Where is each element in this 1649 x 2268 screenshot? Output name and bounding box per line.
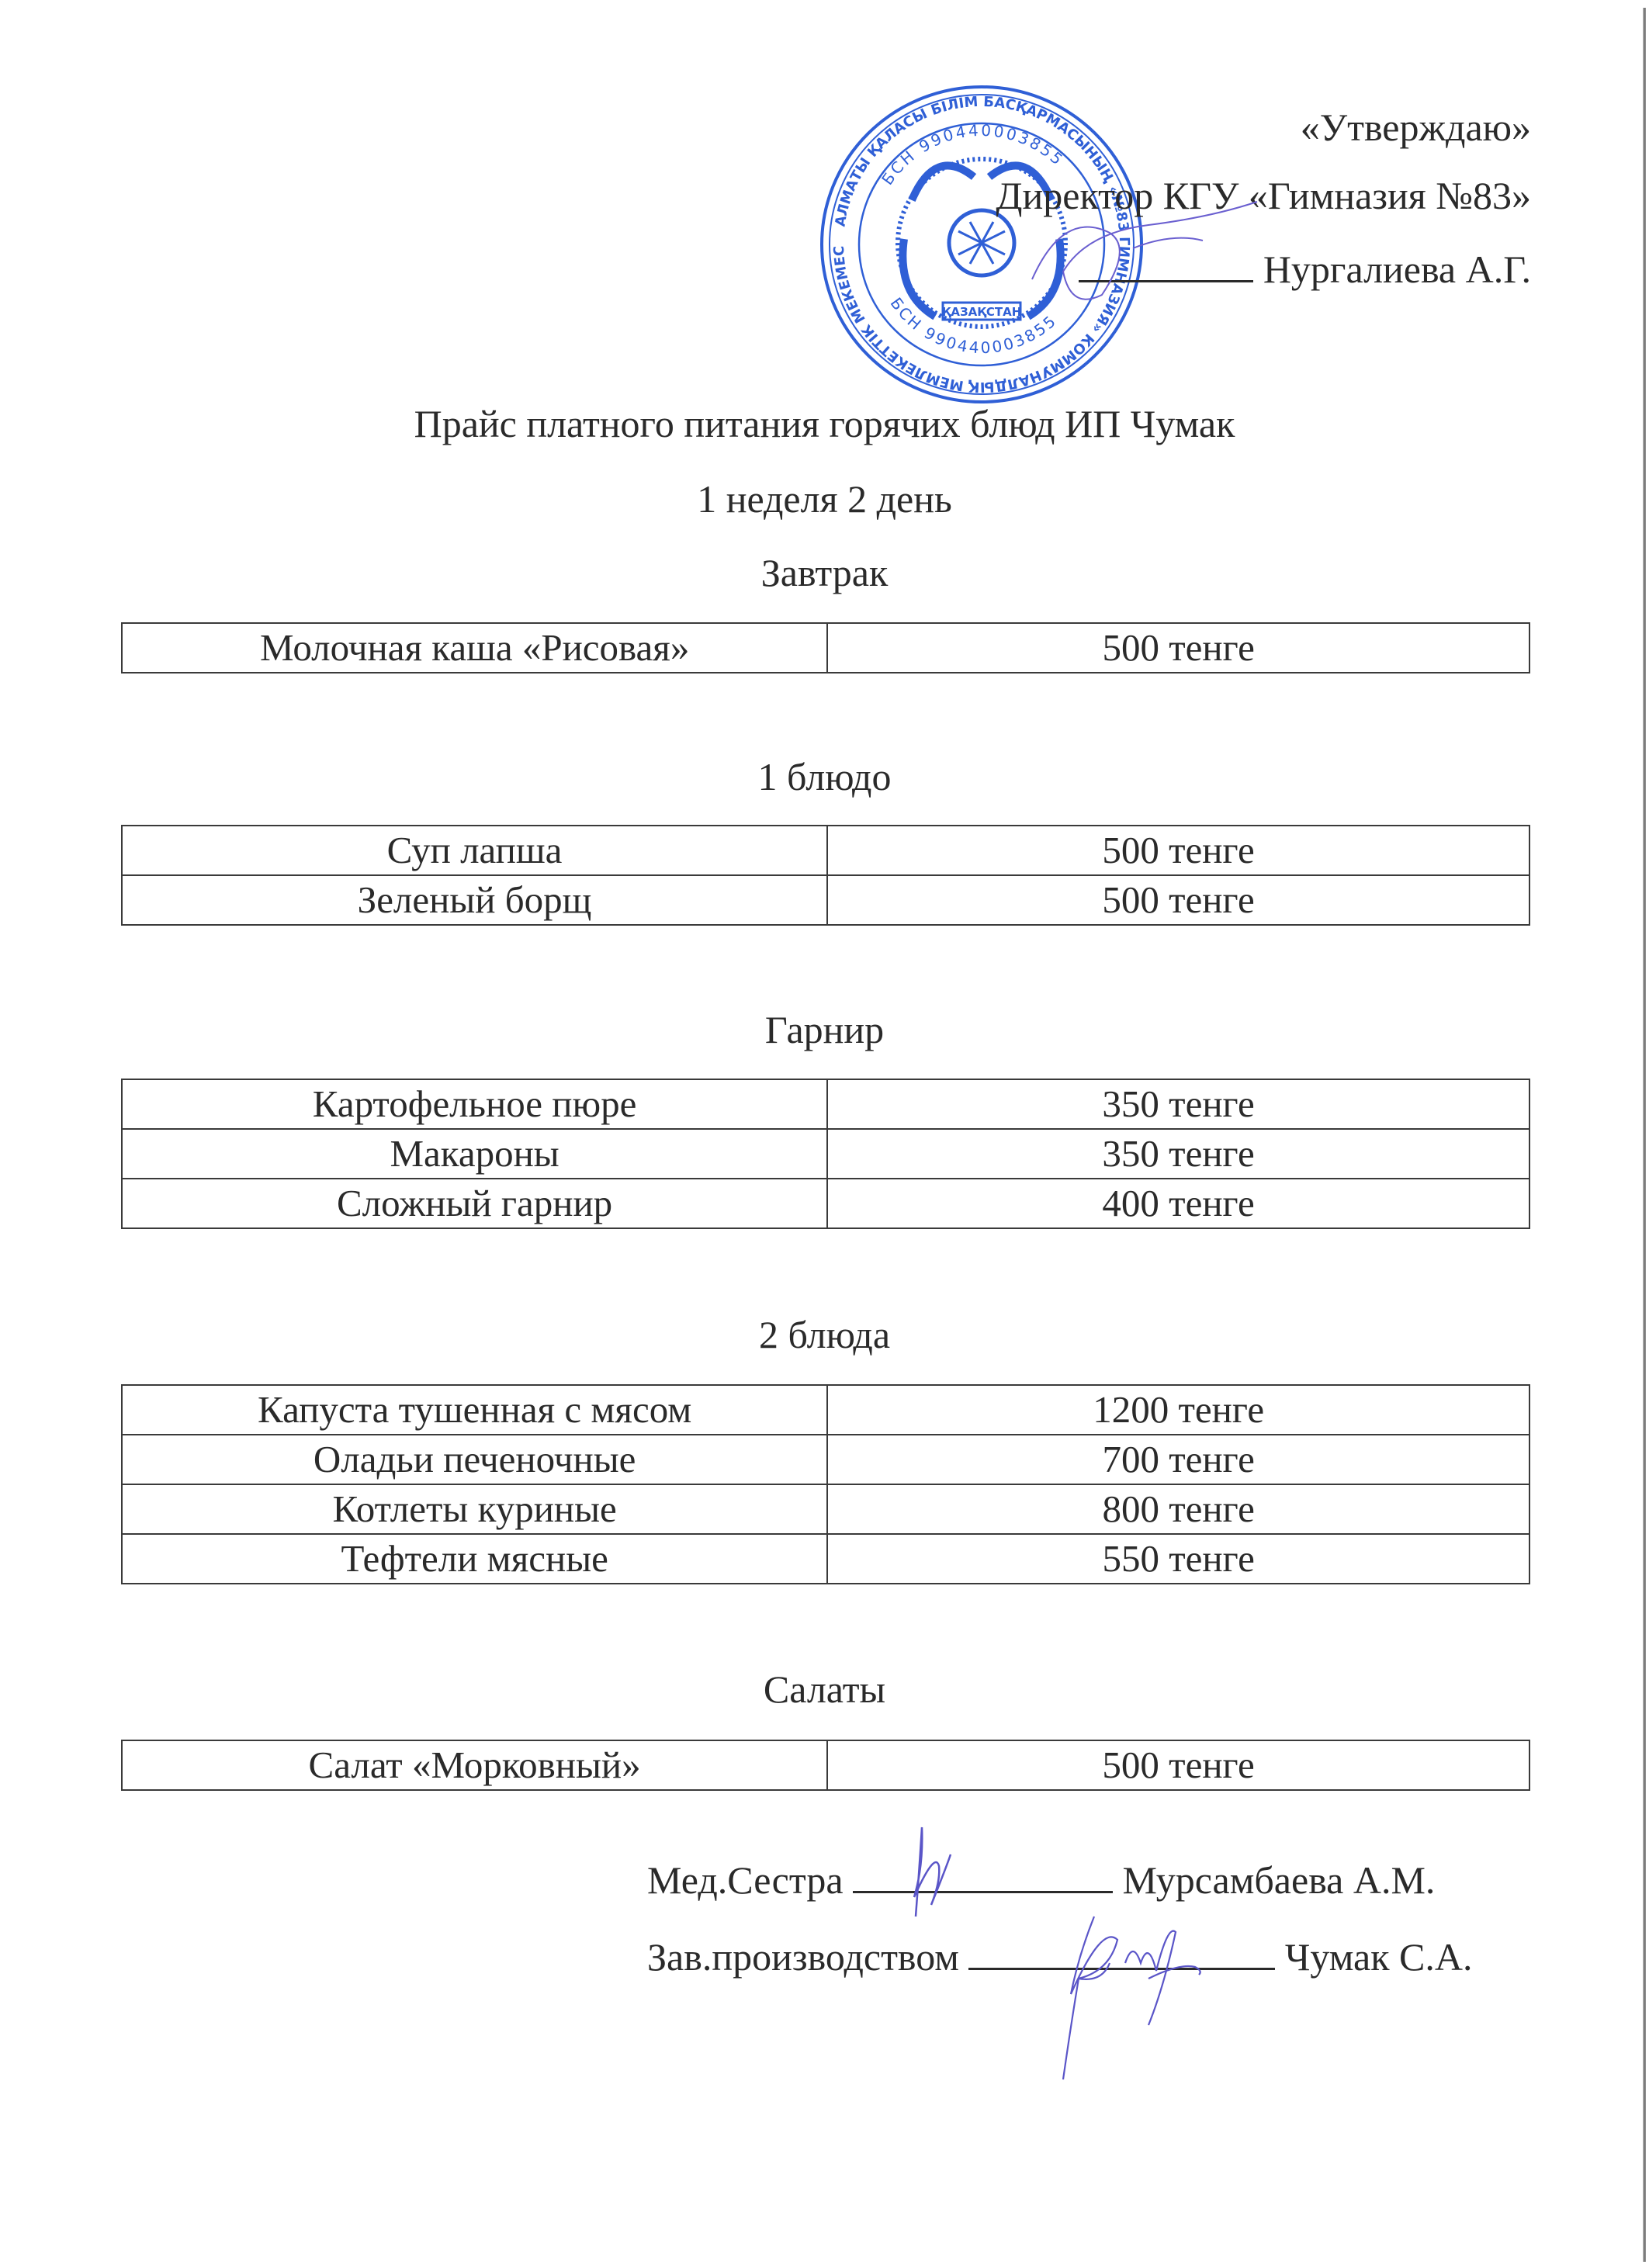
table-row: Тефтели мясные 550 тенге (122, 1534, 1529, 1584)
table-row: Котлеты куриные 800 тенге (122, 1484, 1529, 1534)
dish-price: 350 тенге (827, 1079, 1529, 1129)
table-row: Капуста тушенная с мясом 1200 тенге (122, 1385, 1529, 1435)
section-heading-salads: Салаты (0, 1666, 1649, 1712)
nurse-name: Мурсамбаева А.М. (1123, 1858, 1436, 1902)
dish-price: 350 тенге (827, 1129, 1529, 1179)
section-heading-breakfast: Завтрак (0, 549, 1649, 596)
svg-text:ҚАЗАҚСТАН: ҚАЗАҚСТАН (942, 305, 1022, 319)
dish-price: 500 тенге (827, 1740, 1529, 1790)
table-row: Молочная каша «Рисовая» 500 тенге (122, 623, 1529, 673)
dish-name: Котлеты куриные (122, 1484, 827, 1534)
dish-name: Зеленый борщ (122, 875, 827, 925)
document-title: Прайс платного питания горячих блюд ИП Ч… (0, 400, 1649, 447)
production-role: Зав.производством (647, 1935, 959, 1979)
breakfast-price-table: Молочная каша «Рисовая» 500 тенге (121, 622, 1530, 673)
table-row: Оладьи печеночные 700 тенге (122, 1435, 1529, 1484)
side-dish-price-table: Картофельное пюре 350 тенге Макароны 350… (121, 1079, 1530, 1229)
official-stamp-icon: АЛМАТЫ ҚАЛАСЫ БІЛІМ БАСҚАРМАСЫНЫҢ «№83 Г… (819, 84, 1145, 406)
table-row: Картофельное пюре 350 тенге (122, 1079, 1529, 1129)
dish-name: Капуста тушенная с мясом (122, 1385, 827, 1435)
table-row: Суп лапша 500 тенге (122, 826, 1529, 875)
dish-name: Макароны (122, 1129, 827, 1179)
main-course-price-table: Капуста тушенная с мясом 1200 тенге Олад… (121, 1384, 1530, 1584)
production-name: Чумак С.А. (1285, 1935, 1473, 1979)
dish-price: 400 тенге (827, 1179, 1529, 1228)
first-course-price-table: Суп лапша 500 тенге Зеленый борщ 500 тен… (121, 825, 1530, 926)
dish-price: 500 тенге (827, 623, 1529, 673)
nurse-role: Мед.Сестра (647, 1858, 844, 1902)
dish-price: 550 тенге (827, 1534, 1529, 1584)
scan-page-edge (1643, 8, 1646, 2262)
signature-underline (853, 1860, 1113, 1893)
director-signature-line: Нургалиева А.Г. (1079, 246, 1531, 293)
dish-name: Картофельное пюре (122, 1079, 827, 1129)
section-heading-main-course: 2 блюда (0, 1311, 1649, 1358)
dish-price: 1200 тенге (827, 1385, 1529, 1435)
dish-price: 800 тенге (827, 1484, 1529, 1534)
dish-name: Оладьи печеночные (122, 1435, 827, 1484)
dish-name: Сложный гарнир (122, 1179, 827, 1228)
production-signature-line: Зав.производством Чумак С.А. (647, 1934, 1472, 1980)
approval-label: «Утверждаю» (1301, 104, 1531, 151)
director-title: Директор КГУ «Гимназия №83» (996, 172, 1531, 219)
table-row: Салат «Морковный» 500 тенге (122, 1740, 1529, 1790)
signature-underline (1079, 249, 1253, 282)
salads-price-table: Салат «Морковный» 500 тенге (121, 1740, 1530, 1791)
dish-price: 700 тенге (827, 1435, 1529, 1484)
table-row: Макароны 350 тенге (122, 1129, 1529, 1179)
dish-name: Салат «Морковный» (122, 1740, 827, 1790)
section-heading-side-dish: Гарнир (0, 1006, 1649, 1053)
section-heading-first-course: 1 блюдо (0, 753, 1649, 800)
director-name: Нургалиева А.Г. (1263, 248, 1531, 291)
dish-price: 500 тенге (827, 826, 1529, 875)
dish-name: Суп лапша (122, 826, 827, 875)
table-row: Сложный гарнир 400 тенге (122, 1179, 1529, 1228)
week-day-subtitle: 1 неделя 2 день (0, 476, 1649, 522)
signature-underline (968, 1937, 1275, 1970)
dish-price: 500 тенге (827, 875, 1529, 925)
dish-name: Молочная каша «Рисовая» (122, 623, 827, 673)
table-row: Зеленый борщ 500 тенге (122, 875, 1529, 925)
dish-name: Тефтели мясные (122, 1534, 827, 1584)
nurse-signature-line: Мед.Сестра Мурсамбаева А.М. (647, 1857, 1435, 1903)
